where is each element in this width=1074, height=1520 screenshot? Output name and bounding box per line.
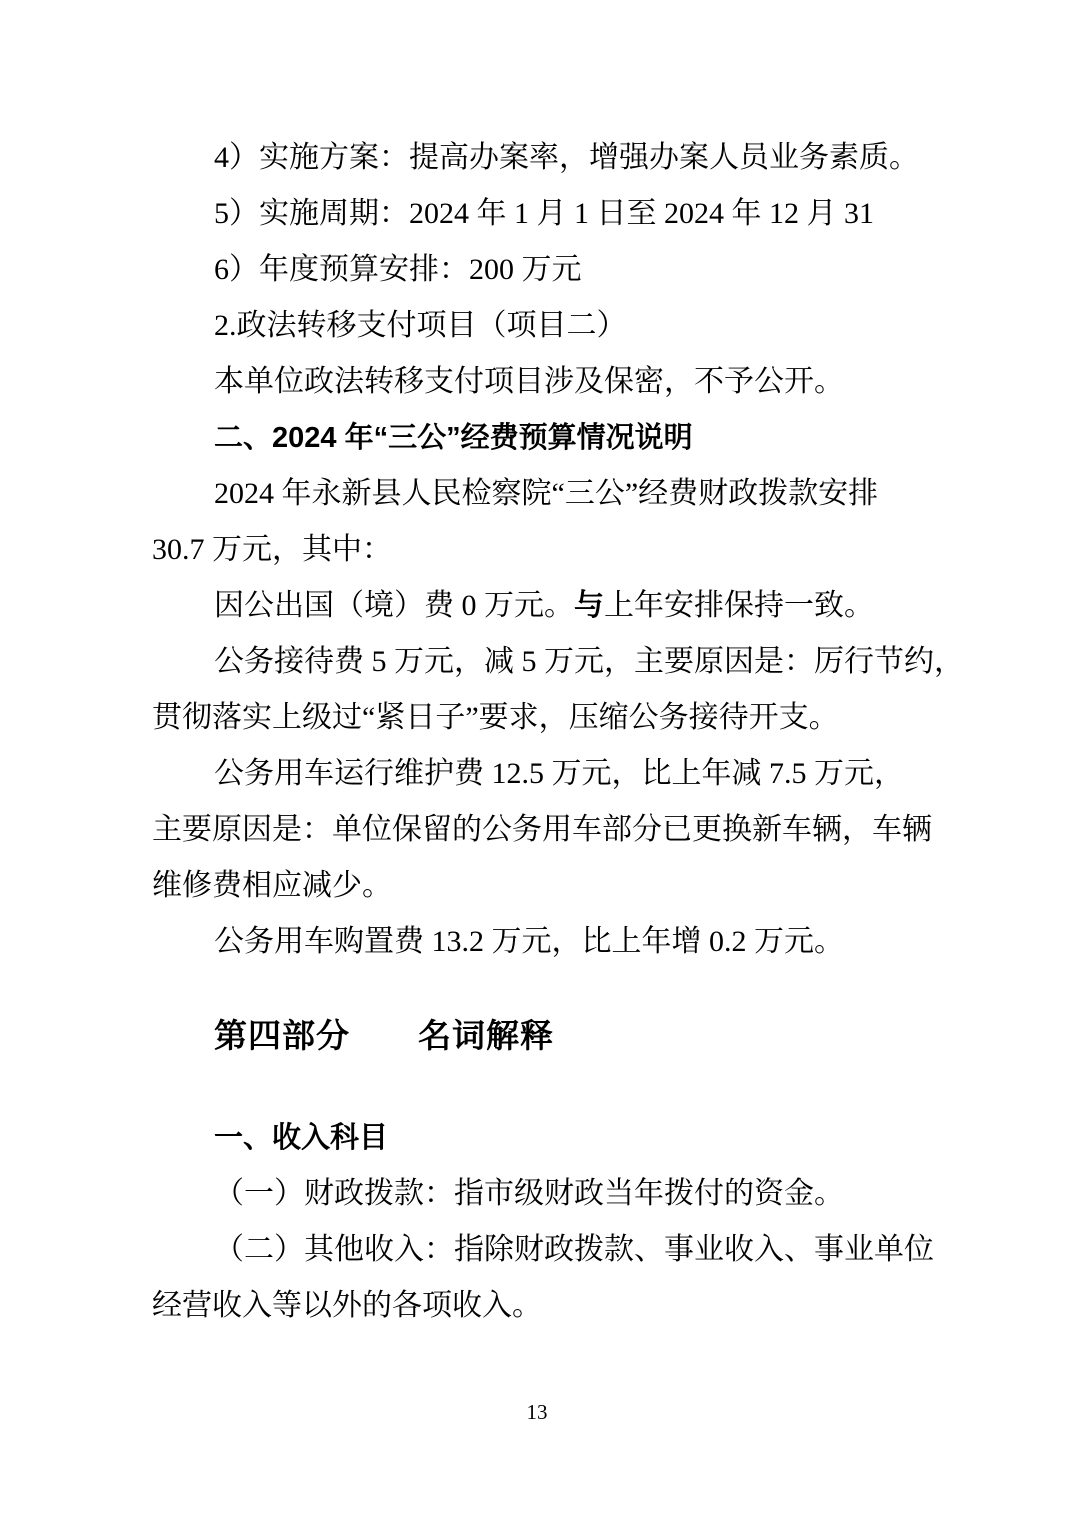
heading-income-subjects: 一、收入科目 [152,1110,942,1166]
page-number: 13 [0,1400,1074,1425]
text-segment: 上年安排保持一致。 [604,589,874,622]
text-line: 公务用车购置费 13.2 万元，比上年增 0.2 万元。 [152,914,942,970]
text-segment: （二）其他收入：指除财政拨款、事业收入、事业单位 [214,1233,934,1266]
list-item-6-annual-budget: 6）年度预算安排：200 万元 [152,242,942,298]
document-page: 4）实施方案：提高办案率，增强办案人员业务素质。5）实施周期：2024 年 1 … [0,0,1074,1520]
para-abroad-expense: 因公出国（境）费 0 万元。与上年安排保持一致。 [152,578,942,634]
text-segment: 公务接待费 5 万元，减 5 万元，主要原因是：厉行节约， [214,645,964,678]
emphasized-text: 第四部分 名词解释 [214,1019,554,1055]
text-segment: 贯彻落实上级过“紧日子”要求，压缩公务接待开支。 [152,701,839,734]
text-segment: 6）年度预算安排：200 万元 [214,253,582,286]
para-income-fiscal-appropriation: （一）财政拨款：指市级财政当年拨付的资金。 [152,1166,942,1222]
list-item-5-implementation-period: 5）实施周期：2024 年 1 月 1 日至 2024 年 12 月 31 [152,186,942,242]
text-line: 一、收入科目 [152,1110,942,1166]
para-reception-expense: 公务接待费 5 万元，减 5 万元，主要原因是：厉行节约，贯彻落实上级过“紧日子… [152,634,942,746]
text-segment: 本单位政法转移支付项目涉及保密，不予公开。 [214,365,844,398]
text-segment: 公务用车运行维护费 12.5 万元，比上年减 7.5 万元， [214,757,904,790]
text-line: 公务用车运行维护费 12.5 万元，比上年减 7.5 万元， [152,746,942,802]
text-line: 2.政法转移支付项目（项目二） [152,298,942,354]
text-line: 2024 年永新县人民检察院“三公”经费财政拨款安排 [152,466,942,522]
document-content: 4）实施方案：提高办案率，增强办案人员业务素质。5）实施周期：2024 年 1 … [152,130,942,1334]
text-segment: 公务用车购置费 13.2 万元，比上年增 0.2 万元。 [214,925,844,958]
text-line: 30.7 万元，其中： [152,522,942,578]
heading-sangong-budget: 二、2024 年“三公”经费预算情况说明 [152,410,942,466]
text-line: 主要原因是：单位保留的公务用车部分已更换新车辆，车辆 [152,802,942,858]
emphasized-text: 二、2024 年“三公”经费预算情况说明 [214,422,693,454]
text-line: 二、2024 年“三公”经费预算情况说明 [152,410,942,466]
text-line: 第四部分 名词解释 [152,1009,942,1065]
text-line: 本单位政法转移支付项目涉及保密，不予公开。 [152,354,942,410]
text-segment: 4）实施方案：提高办案率，增强办案人员业务素质。 [214,141,919,174]
text-segment: 5）实施周期：2024 年 1 月 1 日至 2024 年 12 月 31 [214,197,874,230]
para-sangong-total: 2024 年永新县人民检察院“三公”经费财政拨款安排30.7 万元，其中： [152,466,942,578]
emphasized-text: 一、收入科目 [214,1122,388,1154]
text-line: （一）财政拨款：指市级财政当年拨付的资金。 [152,1166,942,1222]
text-segment: 30.7 万元，其中： [152,533,392,566]
text-segment: 主要原因是：单位保留的公务用车部分已更换新车辆，车辆 [152,813,932,846]
para-vehicle-maintenance-expense: 公务用车运行维护费 12.5 万元，比上年减 7.5 万元，主要原因是：单位保留… [152,746,942,914]
text-segment: 2024 年永新县人民检察院“三公”经费财政拨款安排 [214,477,878,510]
text-line: 公务接待费 5 万元，减 5 万元，主要原因是：厉行节约， [152,634,942,690]
text-line: 贯彻落实上级过“紧日子”要求，压缩公务接待开支。 [152,690,942,746]
text-segment: 因公出国（境）费 0 万元。 [214,589,574,622]
text-line: 因公出国（境）费 0 万元。与上年安排保持一致。 [152,578,942,634]
item-2-transfer-payment-project: 2.政法转移支付项目（项目二） [152,298,942,354]
para-confidential-not-disclosed: 本单位政法转移支付项目涉及保密，不予公开。 [152,354,942,410]
text-segment: 2.政法转移支付项目（项目二） [214,309,627,342]
text-line: 经营收入等以外的各项收入。 [152,1278,942,1334]
text-line: 6）年度预算安排：200 万元 [152,242,942,298]
text-line: 4）实施方案：提高办案率，增强办案人员业务素质。 [152,130,942,186]
para-vehicle-purchase-expense: 公务用车购置费 13.2 万元，比上年增 0.2 万元。 [152,914,942,970]
text-line: 5）实施周期：2024 年 1 月 1 日至 2024 年 12 月 31 [152,186,942,242]
text-segment: 维修费相应减少。 [152,869,392,902]
text-line: 维修费相应减少。 [152,858,942,914]
emphasized-text: 与 [574,589,604,622]
para-income-other: （二）其他收入：指除财政拨款、事业收入、事业单位经营收入等以外的各项收入。 [152,1222,942,1334]
text-segment: 经营收入等以外的各项收入。 [152,1289,542,1322]
text-segment: （一）财政拨款：指市级财政当年拨付的资金。 [214,1177,844,1210]
text-line: （二）其他收入：指除财政拨款、事业收入、事业单位 [152,1222,942,1278]
list-item-4-implementation-plan: 4）实施方案：提高办案率，增强办案人员业务素质。 [152,130,942,186]
heading-part-four-glossary: 第四部分 名词解释 [152,1009,942,1065]
